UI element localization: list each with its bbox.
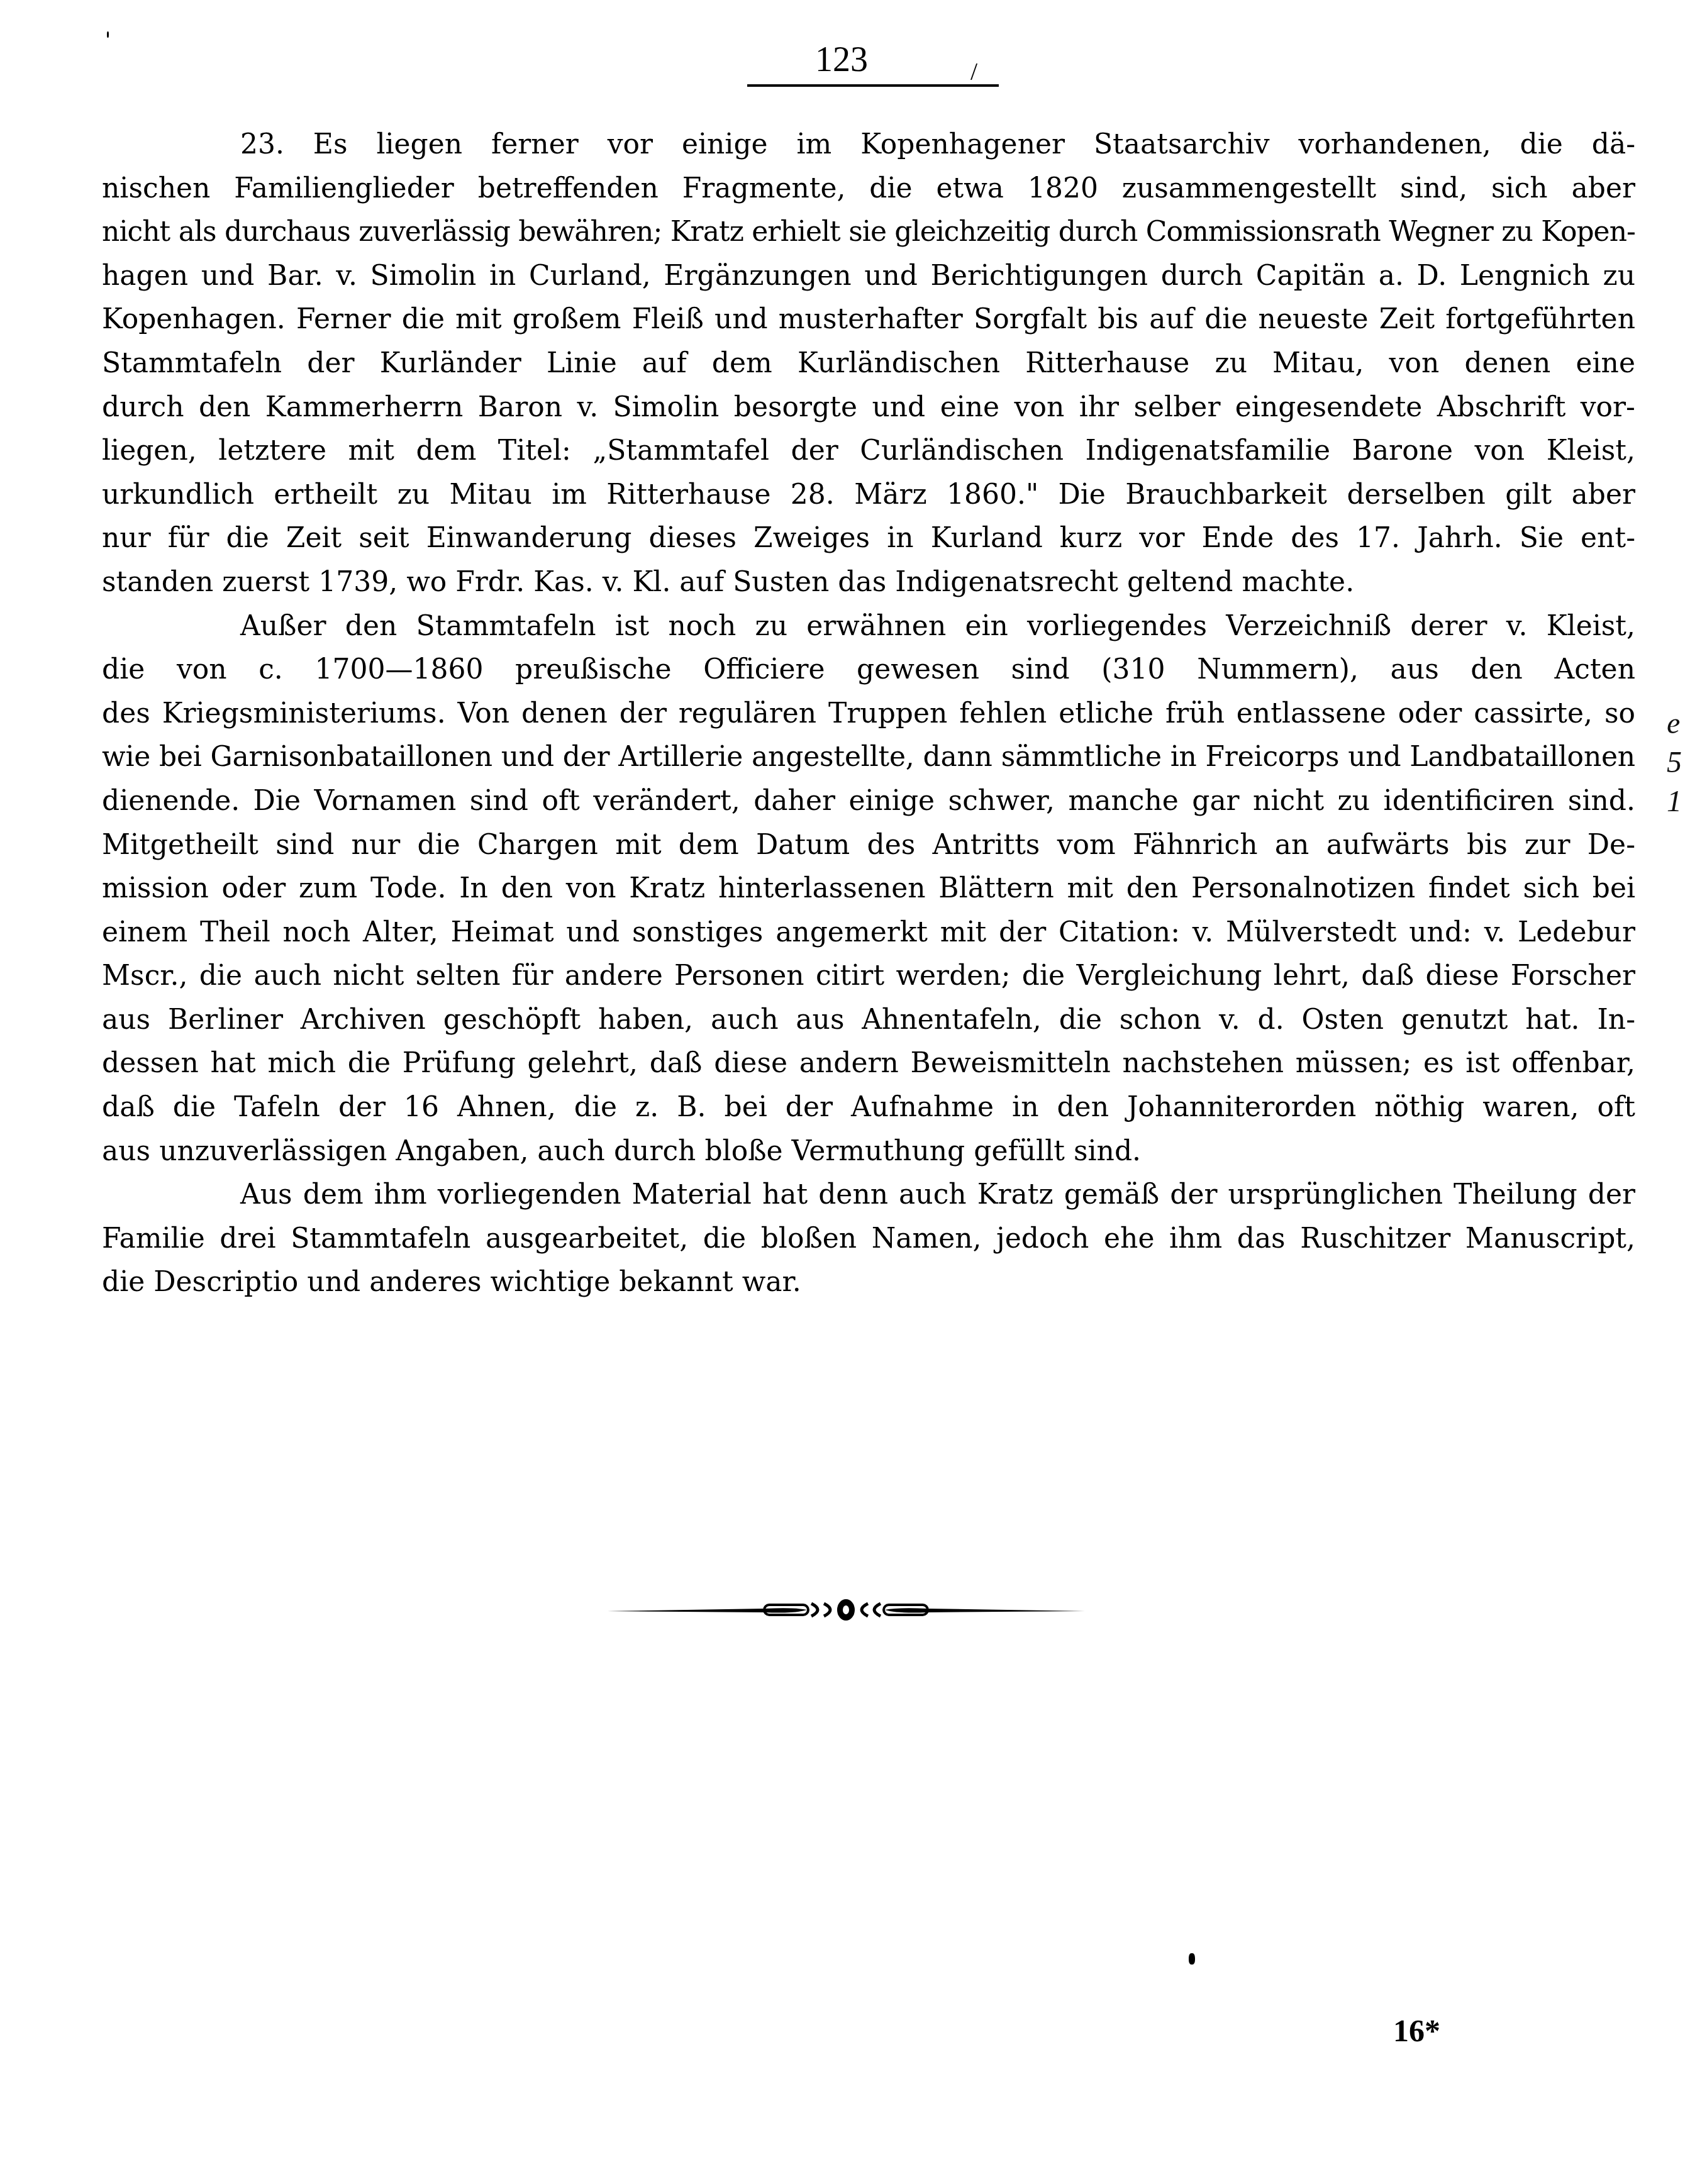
ink-speck	[107, 31, 109, 38]
signature-mark: 16*	[1393, 2012, 1440, 2049]
text-line: Außer den Stammtafeln ist noch zu erwähn…	[102, 604, 1635, 648]
text-line: dessen hat mich die Prüfung gelehrt, daß…	[102, 1041, 1635, 1085]
text-line: mission oder zum Tode. In den von Kratz …	[102, 867, 1635, 911]
header-rule	[747, 84, 999, 87]
text-line: daß die Tafeln der 16 Ahnen, die z. B. b…	[102, 1085, 1635, 1129]
text-line: wie bei Garnisonbataillonen und der Arti…	[102, 735, 1635, 779]
text-line: nur für die Zeit seit Einwanderung diese…	[102, 516, 1635, 560]
text-line: Mscr., die auch nicht selten für andere …	[102, 954, 1635, 998]
margin-note: 5	[1667, 743, 1690, 782]
text-line: standen zuerst 1739, wo Frdr. Kas. v. Kl…	[102, 560, 1635, 604]
text-line: aus unzuverlässigen Angaben, auch durch …	[102, 1129, 1635, 1173]
page-header: 123 /	[747, 38, 999, 88]
text-line: aus Berliner Archiven geschöpft haben, a…	[102, 998, 1635, 1042]
body-text: 23. Es liegen ferner vor einige im Kopen…	[102, 123, 1635, 1304]
paragraph-23: 23. Es liegen ferner vor einige im Kopen…	[102, 123, 1635, 604]
text-line: die von c. 1700—1860 preußische Officier…	[102, 648, 1635, 692]
text-line: Familie drei Stammtafeln ausgearbeitet, …	[102, 1217, 1635, 1261]
text-line: des Kriegsministeriums. Von denen der re…	[102, 692, 1635, 736]
text-line: nicht als durchaus zuverlässig bewähren;…	[102, 210, 1635, 254]
margin-note: e	[1667, 704, 1690, 743]
text-line: nischen Familienglieder betreffenden Fra…	[102, 167, 1635, 211]
ink-speck	[1189, 1953, 1195, 1965]
text-line: hagen und Bar. v. Simolin in Curland, Er…	[102, 254, 1635, 298]
margin-note: 1	[1667, 782, 1690, 821]
text-line: Stammtafeln der Kurländer Linie auf dem …	[102, 341, 1635, 385]
ornament-divider-icon	[607, 1597, 1085, 1622]
paragraph-ausser: Außer den Stammtafeln ist noch zu erwähn…	[102, 604, 1635, 1173]
text-line: Aus dem ihm vorliegenden Material hat de…	[102, 1173, 1635, 1217]
text-line: einem Theil noch Alter, Heimat und sonst…	[102, 911, 1635, 955]
text-line: Kopenhagen. Ferner die mit großem Fleiß …	[102, 297, 1635, 341]
text-line: Mitgetheilt sind nur die Chargen mit dem…	[102, 823, 1635, 867]
document-page: 123 / 23. Es liegen ferner vor einige im…	[0, 0, 1690, 2184]
text-line: die Descriptio und anderes wichtige beka…	[102, 1260, 1635, 1304]
margin-notes: e 5 1	[1667, 704, 1690, 821]
paragraph-aus: Aus dem ihm vorliegenden Material hat de…	[102, 1173, 1635, 1304]
text-line: dienende. Die Vornamen sind oft veränder…	[102, 779, 1635, 823]
text-line: urkundlich ertheilt zu Mitau im Ritterha…	[102, 473, 1635, 517]
page-number: 123	[747, 38, 936, 82]
text-line: 23. Es liegen ferner vor einige im Kopen…	[102, 123, 1635, 167]
text-line: durch den Kammerherrn Baron v. Simolin b…	[102, 385, 1635, 430]
text-line: liegen, letztere mit dem Titel: „Stammta…	[102, 429, 1635, 473]
pencil-mark: /	[970, 57, 977, 86]
